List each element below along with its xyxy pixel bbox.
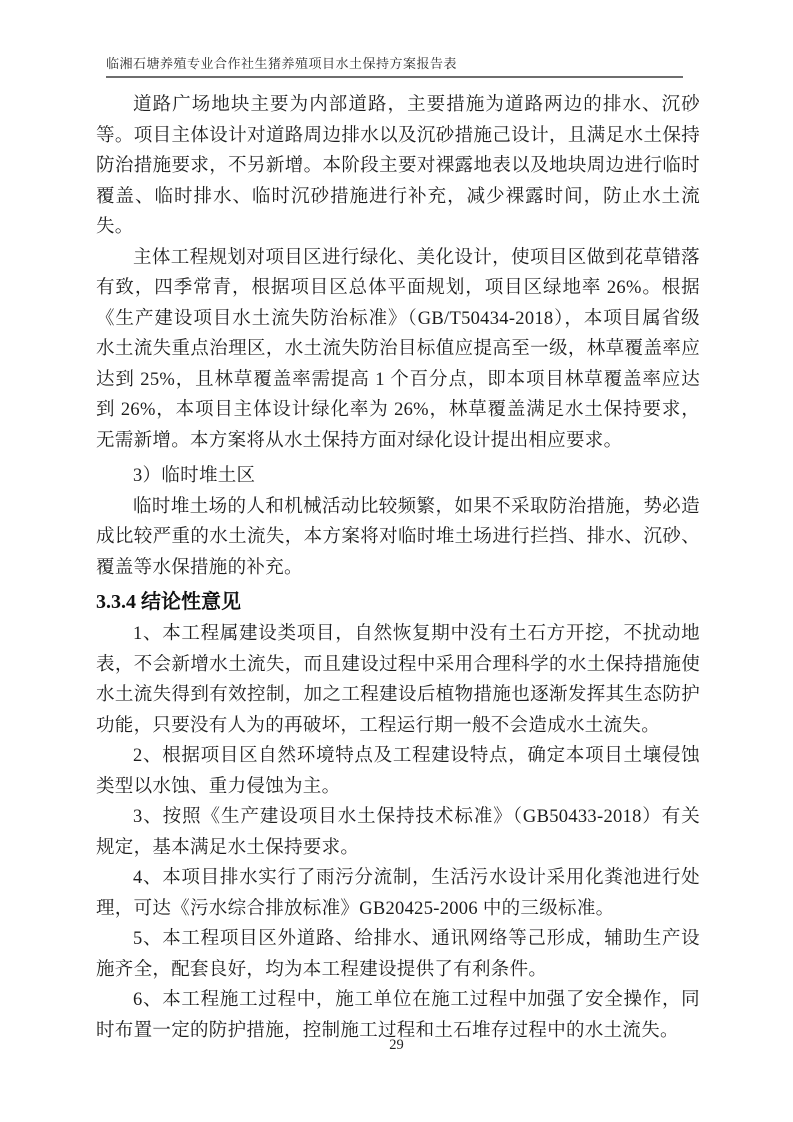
page-number: 29 [389, 1037, 404, 1053]
page-footer: 29 [0, 1036, 793, 1054]
conclusion-item-3: 3、按照《生产建设项目水土保持技术标准》（GB50433-2018）有关规定，基… [96, 802, 700, 863]
subitem-temporary-soil-stockpile-area: 3）临时堆土区 [96, 461, 700, 492]
conclusion-item-5: 5、本工程项目区外道路、给排水、通讯网络等己形成，辅助生产设施齐全，配套良好，均… [96, 924, 700, 985]
paragraph-road-plaza-measures: 道路广场地块主要为内部道路，主要措施为道路两边的排水、沉砂等。项目主体设计对道路… [96, 90, 700, 243]
paragraph-greening-design: 主体工程规划对项目区进行绿化、美化设计，使项目区做到花草错落有致，四季常青，根据… [96, 243, 700, 457]
paragraph-stockpile-protection: 临时堆土场的人和机械活动比较频繁，如果不采取防治措施，势必造成比较严重的水土流失… [96, 492, 700, 584]
header-title: 临湘石塘养殖专业合作社生猪养殖项目水土保持方案报告表 [106, 56, 457, 71]
document-body: 道路广场地块主要为内部道路，主要措施为道路两边的排水、沉砂等。项目主体设计对道路… [96, 90, 700, 1046]
conclusion-item-4: 4、本项目排水实行了雨污分流制，生活污水设计采用化粪池进行处理，可达《污水综合排… [96, 863, 700, 924]
page-header: 临湘石塘养殖专业合作社生猪养殖项目水土保持方案报告表 [106, 53, 683, 78]
conclusion-item-2: 2、根据项目区自然环境特点及工程建设特点，确定本项目土壤侵蚀类型以水蚀、重力侵蚀… [96, 741, 700, 802]
document-page: 临湘石塘养殖专业合作社生猪养殖项目水土保持方案报告表 道路广场地块主要为内部道路… [0, 0, 793, 1122]
conclusion-item-1: 1、本工程属建设类项目，自然恢复期中没有土石方开挖，不扰动地表，不会新增水土流失… [96, 619, 700, 741]
section-heading-conclusions: 3.3.4 结论性意见 [96, 587, 700, 618]
